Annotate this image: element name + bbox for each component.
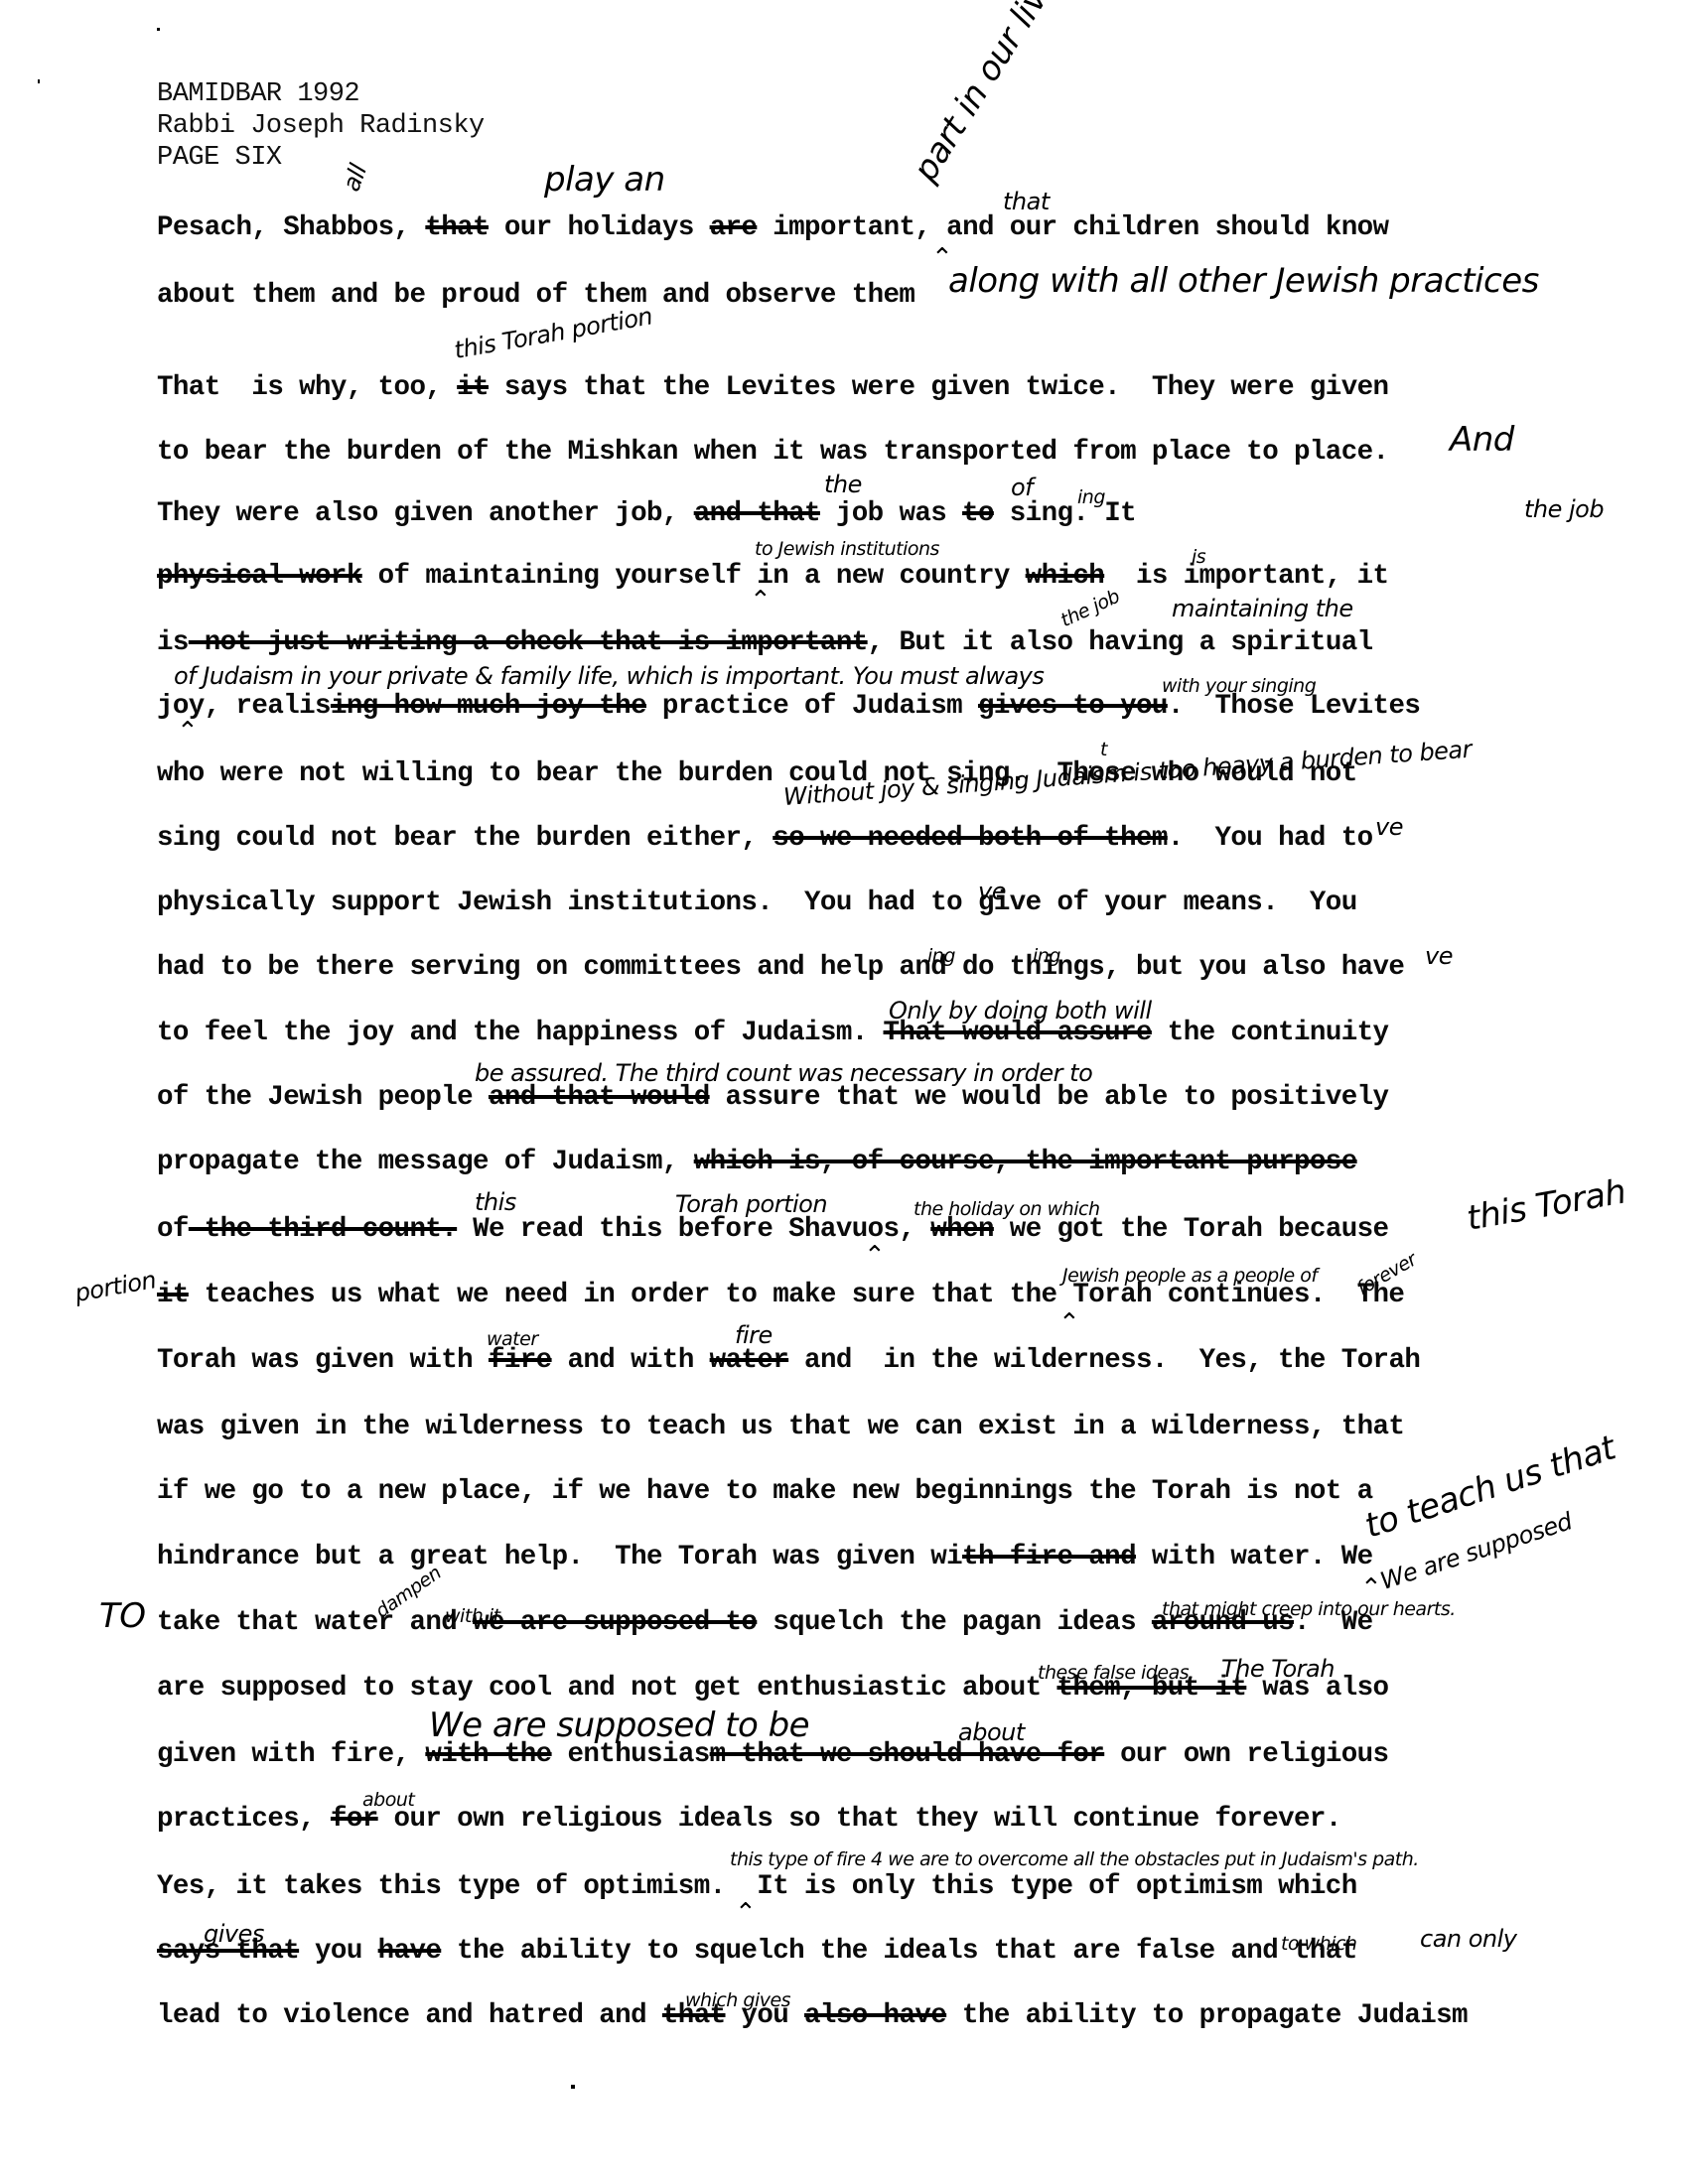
handwritten-annotation: can only [1420, 1926, 1517, 1952]
handwritten-annotation: Jewish people as a people of [1062, 1263, 1318, 1289]
handwritten-annotation: this Torah [1465, 1178, 1627, 1232]
scan-speck [571, 2085, 575, 2089]
body-line: sing could not bear the burden either, s… [157, 823, 1373, 855]
handwritten-annotation: ve [1375, 814, 1403, 840]
insertion-caret-icon: ⌃ [177, 717, 199, 747]
handwritten-annotation: And [1450, 427, 1514, 453]
handwritten-annotation: this type of fire 4 we are to overcome a… [730, 1846, 1419, 1872]
body-line: lead to violence and hatred and that you… [157, 2000, 1468, 2032]
handwritten-annotation: to Jewish institutions [755, 536, 939, 562]
body-line: says that you have the ability to squelc… [157, 1936, 1357, 1968]
scan-speck [38, 79, 40, 83]
body-line: That is why, too, it says that the Levit… [157, 372, 1388, 404]
body-line: Pesach, Shabbos, that our holidays are i… [157, 212, 1388, 244]
handwritten-annotation: this [475, 1189, 516, 1215]
document-title: BAMIDBAR 1992 [157, 79, 359, 109]
scan-speck [157, 28, 160, 31]
insertion-caret-icon: ⌃ [750, 586, 772, 615]
body-line: are supposed to stay cool and not get en… [157, 1673, 1388, 1705]
body-line: to feel the joy and the happiness of Jud… [157, 1018, 1388, 1049]
body-line: to bear the burden of the Mishkan when i… [157, 437, 1388, 469]
handwritten-annotation: all [339, 161, 372, 195]
handwritten-annotation: play an [544, 167, 665, 193]
handwritten-annotation: which gives [685, 1987, 790, 2013]
handwritten-annotation: about [362, 1787, 414, 1813]
insertion-caret-icon: ⌃ [864, 1241, 886, 1271]
body-line: propagate the message of Judaism, which … [157, 1147, 1357, 1178]
handwritten-annotation: to teach us that [1362, 1434, 1618, 1540]
handwritten-annotation: to which [1281, 1931, 1356, 1957]
handwritten-annotation: Torah portion [675, 1191, 827, 1217]
handwritten-annotation: these false ideas. [1038, 1660, 1195, 1686]
body-line: had to be there serving on committees an… [157, 952, 1404, 984]
document-page: BAMIDBAR 1992 Rabbi Joseph Radinsky PAGE… [0, 0, 1688, 2184]
handwritten-annotation: Only by doing both will [889, 998, 1152, 1024]
handwritten-annotation: the job [1524, 496, 1604, 522]
handwritten-annotation: The Torah [1221, 1656, 1335, 1682]
handwritten-annotation: be assured. The third count was necessar… [475, 1060, 1092, 1086]
insertion-caret-icon: ⌃ [931, 243, 953, 273]
body-line: Torah was given with fire and with water… [157, 1345, 1420, 1377]
body-line: of the third count. We read this before … [157, 1214, 1388, 1246]
body-line: hindrance but a great help. The Torah wa… [157, 1542, 1373, 1573]
handwritten-annotation: of Judaism in your private & family life… [174, 663, 1044, 689]
body-line: physically support Jewish institutions. … [157, 887, 1357, 919]
handwritten-annotation: the [824, 472, 862, 497]
handwritten-annotation: ing [1077, 484, 1105, 510]
body-line: They were also given another job, and th… [157, 498, 1136, 530]
handwritten-annotation: water [487, 1326, 538, 1352]
insertion-caret-icon: ⌃ [735, 1898, 757, 1928]
handwritten-annotation: ing [1033, 943, 1060, 969]
handwritten-annotation: t [1100, 737, 1107, 762]
handwritten-annotation: with your singing [1162, 673, 1316, 699]
insertion-caret-icon: ⌃ [1360, 1573, 1382, 1603]
handwritten-annotation: ve [1425, 943, 1453, 969]
handwritten-annotation: ing [927, 943, 955, 969]
handwritten-annotation: about [958, 1719, 1025, 1745]
handwritten-annotation: part in our lives [912, 0, 1069, 185]
body-line: practices, for our own religious ideals … [157, 1804, 1341, 1836]
handwritten-annotation: of [1011, 475, 1033, 500]
handwritten-annotation: TO [99, 1603, 146, 1629]
handwritten-annotation: portion [72, 1267, 158, 1306]
handwritten-annotation: this Torah portion [452, 303, 653, 363]
insertion-caret-icon: ⌃ [1058, 1308, 1080, 1338]
body-line: about them and be proud of them and obse… [157, 280, 914, 312]
page-number: PAGE SIX [157, 143, 282, 173]
handwritten-annotation: gives [204, 1921, 264, 1947]
handwritten-annotation: is [1192, 544, 1205, 570]
body-line: is not just writing a check that is impo… [157, 627, 1373, 659]
handwritten-annotation: ve [978, 879, 1006, 904]
handwritten-annotation: that might creep into our hearts. [1162, 1596, 1456, 1622]
handwritten-annotation: fire [735, 1322, 773, 1348]
handwritten-annotation: that [1003, 189, 1050, 214]
handwritten-annotation: maintaining the [1172, 596, 1353, 621]
body-line: if we go to a new place, if we have to m… [157, 1476, 1373, 1508]
handwritten-annotation: We are supposed to be [429, 1712, 809, 1738]
handwritten-annotation: with it [445, 1603, 500, 1629]
handwritten-annotation: the holiday on which [914, 1196, 1100, 1222]
body-line: was given in the wilderness to teach us … [157, 1412, 1404, 1443]
author-line: Rabbi Joseph Radinsky [157, 111, 485, 141]
handwritten-annotation: along with all other Jewish practices [948, 268, 1539, 294]
body-line: Yes, it takes this type of optimism. It … [157, 1871, 1357, 1903]
